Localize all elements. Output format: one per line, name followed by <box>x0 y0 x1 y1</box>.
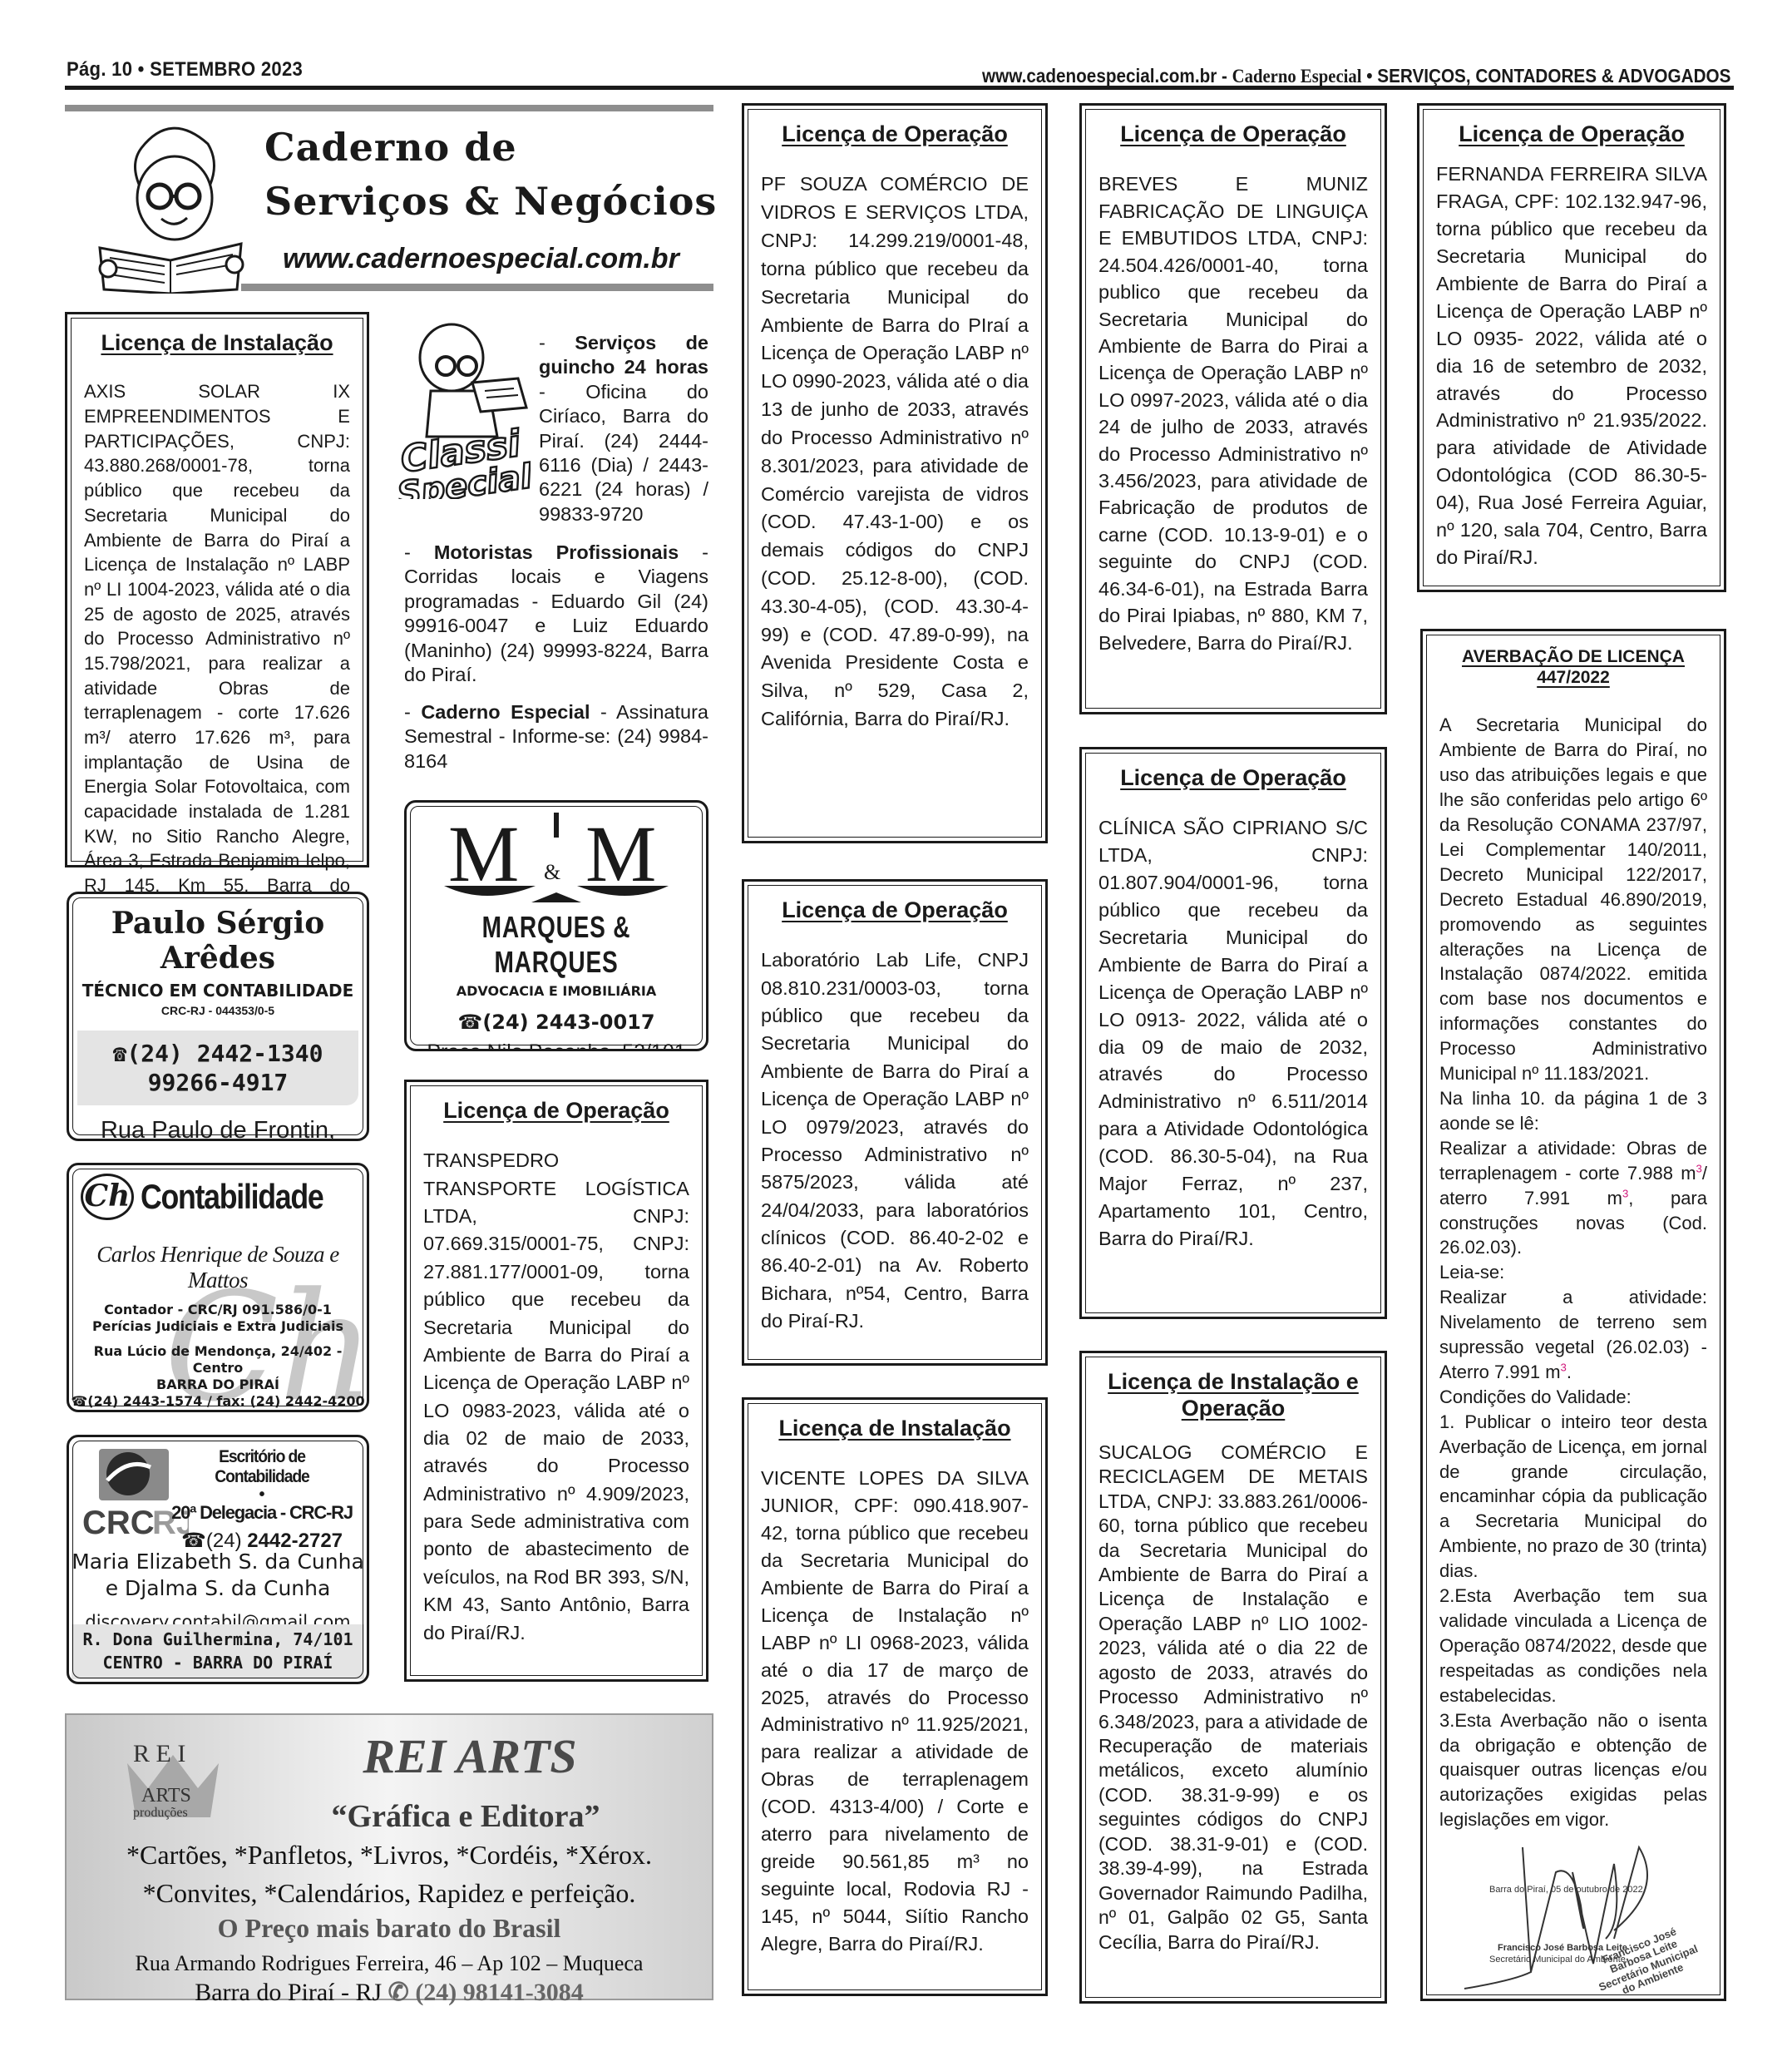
svg-text:CRC: CRC <box>82 1505 155 1540</box>
masthead-title-line2: Serviços & Negócios <box>264 179 717 224</box>
notice-title: Licença de Operação <box>423 1097 689 1124</box>
ad-phone-block: ☎(24) 2442-1340 99266-4917 <box>77 1031 358 1105</box>
ad-marques-marques: M M & MARQUES & MARQUES ADVOCACIA E IMOB… <box>404 800 708 1051</box>
svg-text:M: M <box>585 813 656 898</box>
ad-city: Barra do Piraí - RJ <box>195 1979 382 2006</box>
crc-address-block: R. Dona Guilhermina, 74/101 CENTRO - BAR… <box>72 1624 364 1679</box>
notice-averbacao: AVERBAÇÃO DE LICENÇA 447/2022 A Secretar… <box>1420 629 1726 2001</box>
svg-text:M: M <box>448 813 519 898</box>
svg-text:&: & <box>544 860 560 884</box>
ad-address: Rua Lúcio de Mendonça, 24/402 - Centro <box>69 1343 367 1377</box>
classi-special-cartoon-icon: Classi Special <box>397 320 531 499</box>
crown-logo-icon: R E I ARTS produções <box>115 1730 231 1821</box>
ad-subtitle: “Gráfica e Editora” <box>266 1798 665 1835</box>
notice-body: FERNANDA FERREIRA SILVA FRAGA, CPF: 102.… <box>1436 161 1707 571</box>
ad-services-line1: *Cartões, *Panfletos, *Livros, *Cordéis,… <box>67 1840 712 1871</box>
ad-ch-contabilidade: Ch Ch Contabilidade Carlos Henrique de S… <box>67 1163 369 1412</box>
notice-title: Licença de Instalação <box>761 1415 1029 1441</box>
reader-cartoon-icon <box>91 115 249 294</box>
signature-block: Barra do Piraí, 05 de outubro de 2022 Fr… <box>1439 1839 1707 2005</box>
classified-guincho: - Serviços de guincho 24 horas - Oficina… <box>539 331 708 526</box>
ad-slogan: O Preço mais barato do Brasil <box>67 1913 712 1944</box>
ch-logo-word: Contabilidade <box>141 1177 323 1217</box>
ad-subtitle: ADVOCACIA E IMOBILIÁRIA <box>407 983 706 999</box>
notice-fernanda: Licença de Operação FERNANDA FERREIRA SI… <box>1417 103 1726 592</box>
notice-pf-souza: Licença de Operação PF SOUZA COMÉRCIO DE… <box>742 103 1048 843</box>
phone-icon: ☎ <box>113 1040 127 1067</box>
ad-name: Paulo Sérgio Arêdes <box>69 906 367 976</box>
ad-city-phone: Barra do Piraí - RJ ✆ (24) 98141-3084 <box>67 1978 712 2007</box>
ad-phone[interactable]: ☎(24) 2443-0017 <box>407 1011 706 1034</box>
notice-body: AXIS SOLAR IX EMPREENDIMENTOS E PARTICIP… <box>84 379 350 922</box>
ad-city: BARRA DO PIRAÍ <box>69 1377 367 1393</box>
ad-person: Carlos Henrique de Souza e Mattos <box>69 1242 367 1293</box>
ad-address: Rua Armando Rodrigues Ferreira, 46 – Ap … <box>67 1951 712 1976</box>
ad-email[interactable]: e-mail: ch.contabilidade@uol.com.br <box>69 1410 367 1412</box>
notice-body: TRANSPEDRO TRANSPORTE LOGÍSTICA LTDA, CN… <box>423 1147 689 1646</box>
notice-title: Licença de Instalação e Operação <box>1098 1368 1368 1422</box>
notice-title: Licença de Operação <box>1436 121 1707 147</box>
header-rule <box>65 86 1734 90</box>
notice-body: SUCALOG COMÉRCIO E RECICLAGEM DE METAIS … <box>1098 1441 1368 1955</box>
notice-vicente: Licença de Instalação VICENTE LOPES DA S… <box>742 1397 1048 1996</box>
crc-address: R. Dona Guilhermina, 74/101 <box>72 1628 364 1651</box>
notice-body: A Secretaria Municipal do Ambiente de Ba… <box>1439 713 1707 1832</box>
crc-delegacia: 20ª Delegacia - CRC-RJ <box>162 1502 362 1524</box>
notice-lab-life: Licença de Operação Laboratório Lab Life… <box>742 879 1048 1366</box>
ad-address: Rua Paulo de Frontin, 189/407 <box>69 1117 367 1141</box>
brand-name: Caderno Especial <box>1232 66 1361 86</box>
ch-logo: Ch Contabilidade <box>69 1165 367 1220</box>
notice-title: Licença de Operação <box>1098 764 1368 791</box>
scales-of-justice-logo-icon: M M & <box>436 813 677 904</box>
crc-bullet: • <box>162 1487 362 1502</box>
ad-crc: Contador - CRC/RJ 091.586/0-1 <box>69 1302 367 1318</box>
whatsapp-icon: ✆ <box>388 1979 409 2006</box>
notice-body: CLÍNICA SÃO CIPRIANO S/C LTDA, CNPJ: 01.… <box>1098 814 1368 1252</box>
ad-name: MARQUES & MARQUES <box>440 910 674 980</box>
notice-title: Licença de Operação <box>761 897 1029 923</box>
ad-role: TÉCNICO EM CONTABILIDADE <box>69 981 367 1001</box>
section-header: www.cadenoespecial.com.br - Caderno Espe… <box>982 65 1730 87</box>
crc-title: Escritório de Contabilidade <box>170 1447 354 1487</box>
classified-motoristas: - Motoristas Profissionais - Corridas lo… <box>404 541 708 687</box>
notice-axis-solar: Licença de Instalação AXIS SOLAR IX EMPR… <box>65 312 369 867</box>
crc-city: CENTRO - BARRA DO PIRAÍ <box>72 1651 364 1674</box>
ch-monogram-icon: Ch <box>81 1174 134 1220</box>
notice-transpedro: Licença de Operação TRANSPEDRO TRANSPORT… <box>404 1080 708 1682</box>
classified-heading: Motoristas Profissionais <box>434 541 679 563</box>
ad-title: REI ARTS <box>274 1728 665 1784</box>
ad-services-line2: *Convites, *Calendários, Rapidez e perfe… <box>67 1878 712 1909</box>
masthead-bar-bottom <box>241 284 713 291</box>
masthead-bar <box>65 105 713 111</box>
ad-phone[interactable]: (24) 98141-3084 <box>415 1979 583 2006</box>
svg-text:produções: produções <box>133 1806 188 1820</box>
ad-services: Perícias Judiciais e Extra Judiciais <box>69 1318 367 1335</box>
notice-breves-muniz: Licença de Operação BREVES E MUNIZ FABRI… <box>1079 103 1387 714</box>
ad-paulo-sergio: Paulo Sérgio Arêdes TÉCNICO EM CONTABILI… <box>67 892 369 1141</box>
ad-phones[interactable]: ☎(24) 2443-1574 / fax: (24) 2442-4200 <box>69 1393 367 1410</box>
ad-crc: CRC-RJ - 044353/0-5 <box>69 1004 367 1017</box>
ad-crc-rj: CRC RJ Escritório de Contabilidade • 20ª… <box>67 1435 369 1684</box>
signature-place-date: Barra do Piraí, 05 de outubro de 2022 <box>1489 1885 1643 1895</box>
notice-title: Licença de Operação <box>1098 121 1368 147</box>
svg-text:R E I: R E I <box>133 1740 185 1767</box>
notice-title: Licença de Instalação <box>84 329 350 356</box>
classified-caderno: - Caderno Especial - Assinatura Semestra… <box>404 700 708 774</box>
notice-clinica-sao-cipriano: Licença de Operação CLÍNICA SÃO CIPRIANO… <box>1079 747 1387 1319</box>
notice-body: PF SOUZA COMÉRCIO DE VIDROS E SERVIÇOS L… <box>761 171 1029 734</box>
page-number-date: Pág. 10 • SETEMBRO 2023 <box>67 58 303 82</box>
notice-body: BREVES E MUNIZ FABRICAÇÃO DE LINGUIÇA E … <box>1098 171 1368 656</box>
site-url[interactable]: www.cadenoespecial.com.br - <box>982 65 1232 86</box>
notice-body: Laboratório Lab Life, CNPJ 08.810.231/00… <box>761 947 1029 1335</box>
section-title: SERVIÇOS, CONTADORES & ADVOGADOS <box>1377 65 1730 86</box>
notice-sucalog: Licença de Instalação e Operação SUCALOG… <box>1079 1351 1387 2004</box>
phone-number[interactable]: (24) 2442-1340 <box>126 1040 323 1067</box>
masthead-title-line1: Caderno de <box>264 125 517 170</box>
notice-title: AVERBAÇÃO DE LICENÇA 447/2022 <box>1439 646 1707 688</box>
svg-text:ARTS: ARTS <box>141 1785 191 1807</box>
ad-rei-arts: R E I ARTS produções REI ARTS “Gráfica e… <box>65 1713 713 2000</box>
masthead-url[interactable]: www.cadernoespecial.com.br <box>283 243 679 275</box>
mobile-number[interactable]: 99266-4917 <box>77 1068 358 1097</box>
notice-body: VICENTE LOPES DA SILVA JUNIOR, CPF: 090.… <box>761 1465 1029 1957</box>
notice-title: Licença de Operação <box>761 121 1029 147</box>
crc-text: Escritório de Contabilidade • 20ª Delega… <box>162 1447 362 1553</box>
classified-heading: Caderno Especial <box>421 701 590 723</box>
crc-names: Maria Elizabeth S. da Cunha e Djalma S. … <box>69 1549 367 1602</box>
ad-address: Praça Nilo Peçanha, 52/101 <box>407 1040 706 1051</box>
